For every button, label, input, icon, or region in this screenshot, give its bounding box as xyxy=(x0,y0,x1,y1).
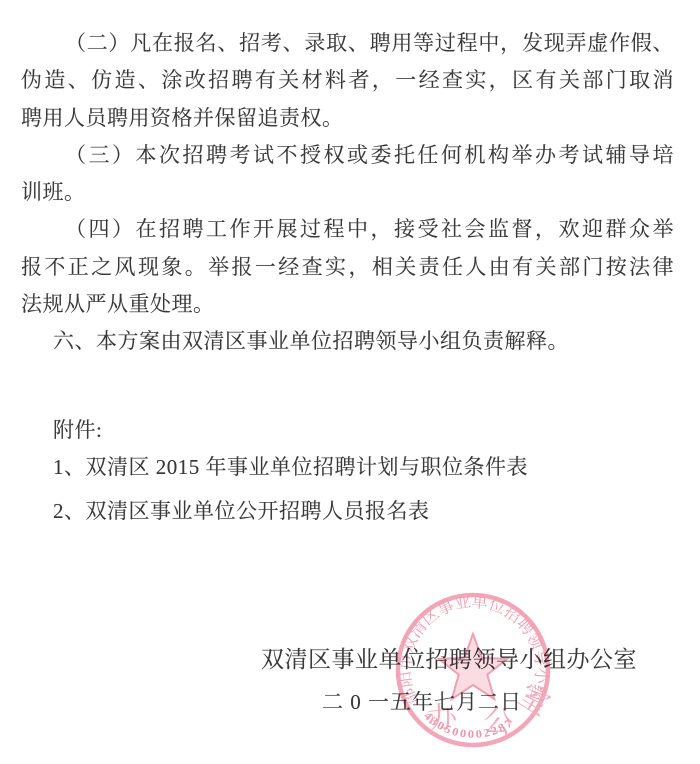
body-line: 伪造、仿造、涂改招聘有关材料者，一经查实，区有关部门取消 xyxy=(21,62,674,99)
signature-date-line: 二 0 一五年七月二日 xyxy=(322,688,522,716)
body-line: 六、本方案由双清区事业单位招聘领导小组负责解释。 xyxy=(21,323,674,360)
body-line: 法规从严从重处理。 xyxy=(21,286,674,323)
body-line: （三）本次招聘考试不授权或委托任何机构举办考试辅导培 xyxy=(21,137,674,174)
signature-office-line: 双清区事业单位招聘领导小组办公室 xyxy=(261,645,637,675)
official-red-seal: 邵阳市双清区事业单位招聘领导小组 办 公 室 430500002287 xyxy=(383,586,568,764)
attachment-item: 1、双清区 2015 年事业单位招聘计划与职位条件表 xyxy=(21,449,674,486)
body-line: 聘用人员聘用资格并保留追责权。 xyxy=(21,100,674,137)
document-body: （二）凡在报名、招考、录取、聘用等过程中，发现弄虚作假、 伪造、仿造、涂改招聘有… xyxy=(21,25,674,531)
attachments-label: 附件: xyxy=(21,412,674,449)
body-line: 训班。 xyxy=(21,174,674,211)
body-line: 报不正之风现象。举报一经查实，相关责任人由有关部门按法律 xyxy=(21,249,674,286)
scanned-document-page: （二）凡在报名、招考、录取、聘用等过程中，发现弄虚作假、 伪造、仿造、涂改招聘有… xyxy=(0,0,700,764)
body-line: （四）在招聘工作开展过程中，接受社会监督，欢迎群众举 xyxy=(21,211,674,248)
body-line: （二）凡在报名、招考、录取、聘用等过程中，发现弄虚作假、 xyxy=(21,25,674,62)
attachment-item: 2、双清区事业单位公开招聘人员报名表 xyxy=(21,493,674,530)
